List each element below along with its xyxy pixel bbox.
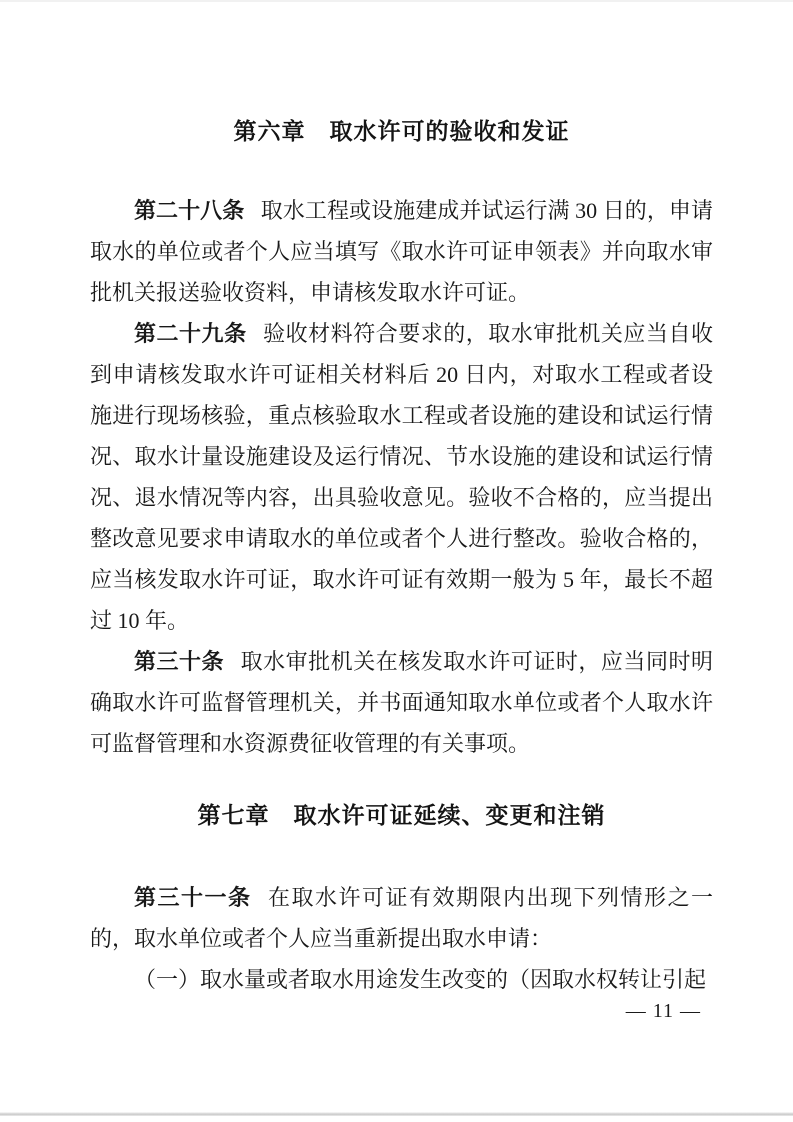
chapter-7-body: 第三十一条在取水许可证有效期限内出现下列情形之一的，取水单位或者个人应当重新提出…	[90, 877, 713, 1000]
article-29-text: 验收材料符合要求的，取水审批机关应当自收到申请核发取水许可证相关材料后 20 日…	[90, 321, 713, 633]
article-30-paragraph: 第三十条取水审批机关在核发取水许可证时，应当同时明确取水许可监督管理机关，并书面…	[90, 641, 713, 764]
article-28-label: 第二十八条	[134, 198, 244, 223]
scan-edge-top	[0, 0, 793, 2]
article-29-label: 第二十九条	[134, 321, 247, 346]
chapter-7-title: 第七章 取水许可证延续、变更和注销	[90, 801, 713, 829]
article-28-paragraph: 第二十八条取水工程或设施建成并试运行满 30 日的，申请取水的单位或者个人应当填…	[90, 190, 713, 313]
chapter-6-title: 第六章 取水许可的验收和发证	[90, 117, 713, 145]
page-number: — 11 —	[626, 1000, 701, 1023]
article-31-paragraph: 第三十一条在取水许可证有效期限内出现下列情形之一的，取水单位或者个人应当重新提出…	[90, 877, 713, 959]
article-31-item-1: （一）取水量或者取水用途发生改变的（因取水权转让引起	[90, 959, 713, 1000]
article-31-item-1-text: （一）取水量或者取水用途发生改变的（因取水权转让引起	[134, 967, 706, 992]
chapter-6-body: 第二十八条取水工程或设施建成并试运行满 30 日的，申请取水的单位或者个人应当填…	[90, 190, 713, 764]
article-31-label: 第三十一条	[134, 885, 252, 910]
article-29-paragraph: 第二十九条验收材料符合要求的，取水审批机关应当自收到申请核发取水许可证相关材料后…	[90, 313, 713, 641]
scan-edge-bottom	[0, 1112, 793, 1116]
article-30-label: 第三十条	[134, 649, 224, 674]
